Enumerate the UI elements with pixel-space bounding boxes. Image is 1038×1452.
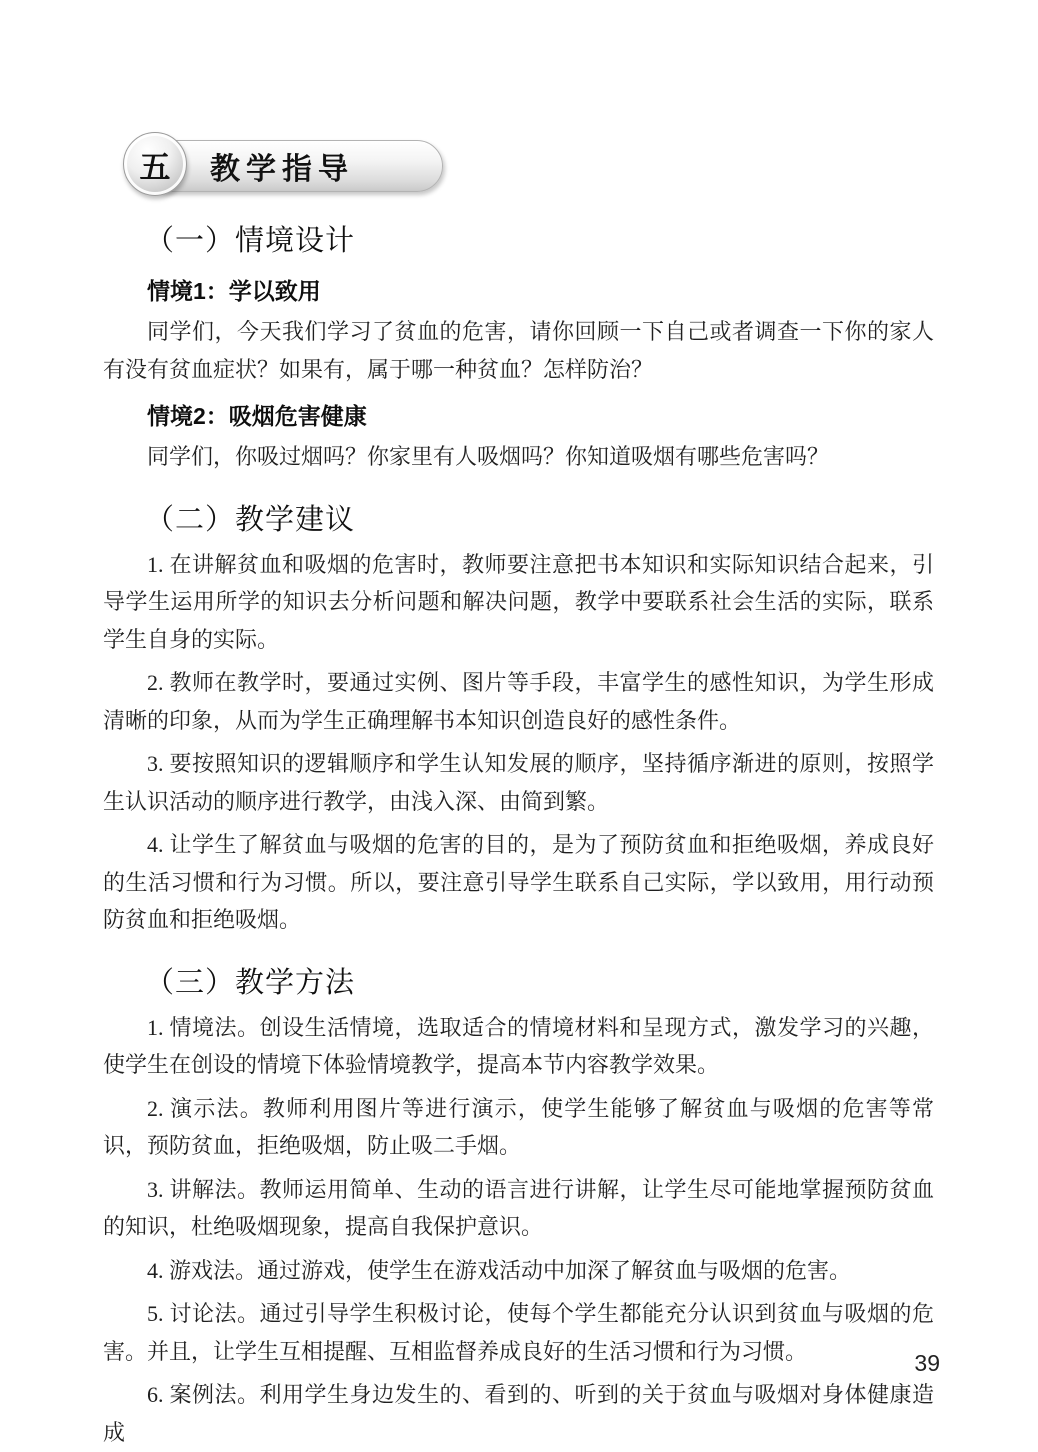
suggestion-item: 2. 教师在教学时，要通过实例、图片等手段，丰富学生的感性知识，为学生形成清晰的…: [103, 664, 934, 739]
page-number: 39: [914, 1350, 940, 1377]
suggestion-item: 3. 要按照知识的逻辑顺序和学生认知发展的顺序，坚持循序渐进的原则，按照学生认识…: [103, 745, 934, 820]
badge-index-char: 五: [140, 142, 171, 187]
scenario-1-title: 情境1：学以致用: [147, 275, 934, 307]
section-heading-3: （三）教学方法: [145, 963, 934, 1003]
method-item: 2. 演示法。教师利用图片等进行演示，使学生能够了解贫血与吸烟的危害等常识，预防…: [103, 1090, 934, 1165]
section-heading-1: （一）情境设计: [145, 221, 934, 261]
section-number-badge: 教学指导 五: [123, 133, 393, 197]
scenario-2-title: 情境2：吸烟危害健康: [147, 400, 934, 432]
suggestion-item: 4. 让学生了解贫血与吸烟的危害的目的，是为了预防贫血和拒绝吸烟，养成良好的生活…: [103, 826, 934, 939]
section-heading-2: （二）教学建议: [145, 500, 934, 540]
suggestion-item: 1. 在讲解贫血和吸烟的危害时，教师要注意把书本知识和实际知识结合起来，引导学生…: [103, 546, 934, 659]
method-item: 1. 情境法。创设生活情境，选取适合的情境材料和呈现方式，激发学习的兴趣，使学生…: [103, 1009, 934, 1084]
method-item: 4. 游戏法。通过游戏，使学生在游戏活动中加深了解贫血与吸烟的危害。: [103, 1252, 934, 1290]
method-item: 5. 讨论法。通过引导学生积极讨论，使每个学生都能充分认识到贫血与吸烟的危害。并…: [103, 1295, 934, 1370]
badge-title: 教学指导: [210, 144, 354, 188]
method-item: 3. 讲解法。教师运用简单、生动的语言进行讲解，让学生尽可能地掌握预防贫血的知识…: [103, 1171, 934, 1246]
badge-circle: 五: [123, 132, 187, 196]
textbook-page: { "header_badge": { "index_char": "五", "…: [0, 0, 1038, 1452]
scenario-1-text: 同学们，今天我们学习了贫血的危害，请你回顾一下自己或者调查一下你的家人有没有贫血…: [103, 313, 934, 388]
page-content: 教学指导 五 （一）情境设计 情境1：学以致用 同学们，今天我们学习了贫血的危害…: [0, 0, 1038, 1451]
scenario-2-text: 同学们，你吸过烟吗？你家里有人吸烟吗？你知道吸烟有哪些危害吗？: [103, 438, 934, 476]
method-item: 6. 案例法。利用学生身边发生的、看到的、听到的关于贫血与吸烟对身体健康造成: [103, 1376, 934, 1451]
